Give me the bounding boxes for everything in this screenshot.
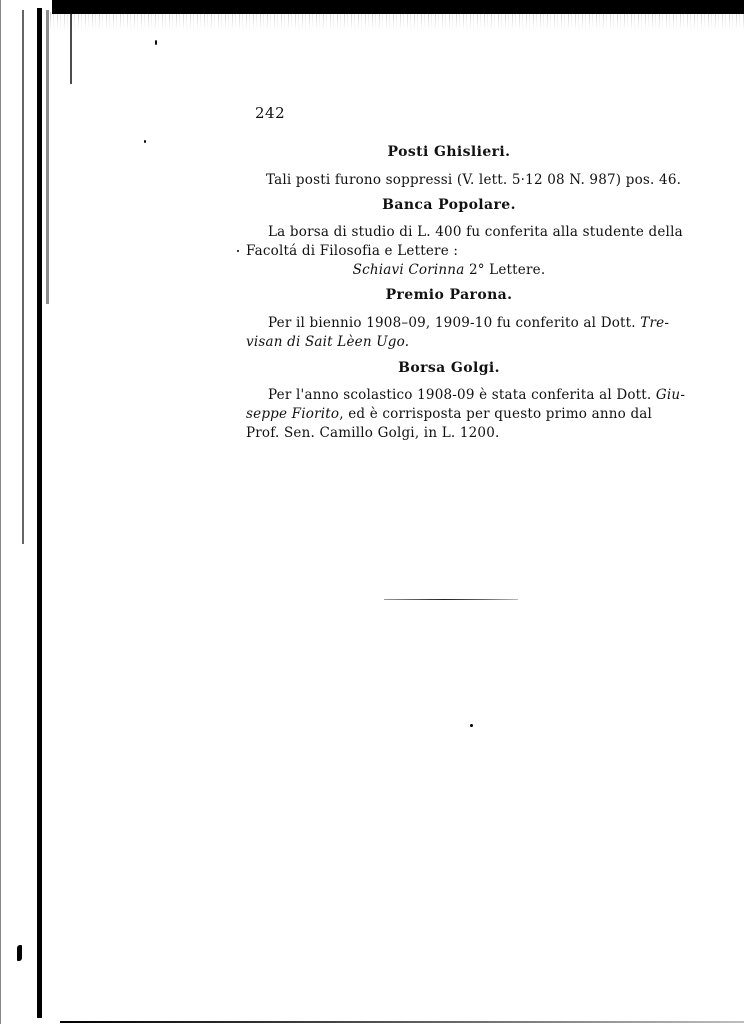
scan-top-noise <box>50 12 744 30</box>
binding-gutter-line <box>46 10 49 304</box>
recipient-line: Schiavi Corinna 2° Lettere. <box>246 261 652 280</box>
section-heading-posti-ghislieri: Posti Ghislieri. <box>246 144 652 160</box>
binding-gutter-line <box>22 10 24 544</box>
section-heading-premio-parona: Premio Parona. <box>246 287 652 303</box>
scan-bottom-border <box>60 1021 744 1023</box>
body-line: visan di Sait Lèen Ugo. <box>246 333 652 352</box>
section-heading-borsa-golgi: Borsa Golgi. <box>246 360 652 376</box>
section-body-posti-ghislieri: Tali posti furono soppressi (V. lett. 5·… <box>246 171 652 190</box>
binding-gutter-bar <box>37 8 42 1018</box>
section-body-banca-popolare: La borsa di studio di L. 400 fu conferit… <box>246 223 652 280</box>
ink-speck <box>470 724 473 727</box>
ink-speck <box>155 40 157 45</box>
recipient-name: Schiavi Corinna <box>353 262 465 278</box>
scan-left-frame <box>0 0 1 1024</box>
body-line: Per l'anno scolastico 1908-09 è stata co… <box>246 386 652 405</box>
body-text-italic: Giu- <box>656 387 685 403</box>
gutter-ink-mark <box>17 945 22 961</box>
ink-speck <box>237 250 239 252</box>
scan-top-left-corner <box>0 0 52 14</box>
body-text: Per il biennio 1908–09, 1909-10 fu confe… <box>268 315 636 331</box>
body-line: Facoltá di Filosofia e Lettere : <box>246 242 652 261</box>
end-divider-rule <box>384 599 518 600</box>
binding-gutter-line <box>70 10 72 84</box>
body-line: seppe Fiorito, ed è corrisposta per ques… <box>246 405 652 424</box>
body-line: Prof. Sen. Camillo Golgi, in L. 1200. <box>246 424 652 443</box>
body-text-italic: Tre- <box>640 315 669 331</box>
body-text: , ed è corrisposta per questo primo anno… <box>339 406 652 422</box>
section-heading-banca-popolare: Banca Popolare. <box>246 197 652 213</box>
page-number: 242 <box>255 104 285 122</box>
body-line: La borsa di studio di L. 400 fu conferit… <box>246 223 652 242</box>
recipient-detail: 2° Lettere. <box>469 262 545 278</box>
body-line: Per il biennio 1908–09, 1909-10 fu confe… <box>246 314 652 333</box>
body-text-italic: seppe Fiorito <box>246 406 339 422</box>
body-line: Tali posti furono soppressi (V. lett. 5·… <box>246 171 652 190</box>
section-body-premio-parona: Per il biennio 1908–09, 1909-10 fu confe… <box>246 314 652 352</box>
ink-speck <box>144 140 146 143</box>
section-body-borsa-golgi: Per l'anno scolastico 1908-09 è stata co… <box>246 386 652 443</box>
body-text: Per l'anno scolastico 1908-09 è stata co… <box>268 387 651 403</box>
